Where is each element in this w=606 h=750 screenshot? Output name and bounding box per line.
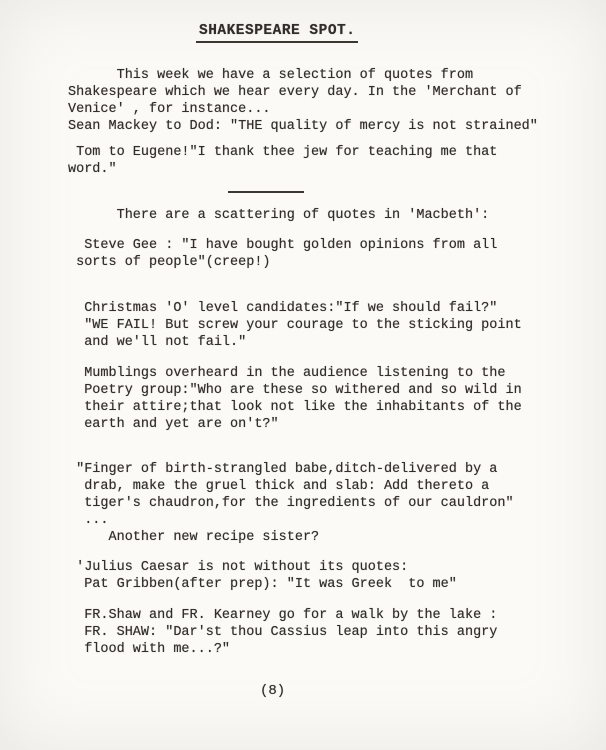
paragraph-fr-shaw-kearney: FR.Shaw and FR. Kearney go for a walk by… (68, 607, 586, 658)
text-line: Venice' , for instance... (68, 101, 586, 118)
paragraph-tom-to-eugene: Tom to Eugene!"I thank thee jew for teac… (68, 144, 586, 178)
paragraph-julius-caesar: 'Julius Caesar is not without its quotes… (68, 559, 586, 593)
text-line: Steve Gee : "I have bought golden opinio… (68, 237, 586, 254)
text-line: ... (68, 512, 586, 529)
text-line: Shakespeare which we hear every day. In … (68, 84, 586, 101)
paragraph-cauldron-recipe: "Finger of birth-strangled babe,ditch-de… (68, 461, 586, 546)
text-line: Tom to Eugene!"I thank thee jew for teac… (68, 144, 586, 161)
text-line: 'Julius Caesar is not without its quotes… (68, 559, 586, 576)
text-line: drab, make the gruel thick and slab: Add… (68, 478, 586, 495)
text-line: sorts of people"(creep!) (68, 254, 586, 271)
text-line: "WE FAIL! But screw your courage to the … (68, 317, 586, 334)
text-line: earth and yet are on't?" (68, 416, 586, 433)
text-line: their attire;that look not like the inha… (68, 399, 586, 416)
text-line: and we'll not fail." (68, 334, 586, 351)
text-line: Pat Gribben(after prep): "It was Greek t… (68, 576, 586, 593)
text-line: tiger's chaudron,for the ingredients of … (68, 495, 586, 512)
paragraph-mumblings-poetry-group: Mumblings overheard in the audience list… (68, 365, 586, 433)
paragraph-steve-gee: Steve Gee : "I have bought golden opinio… (68, 237, 586, 271)
text-line: Christmas 'O' level candidates:"If we sh… (68, 300, 586, 317)
page-number: (8) (260, 683, 586, 700)
text-line: FR.Shaw and FR. Kearney go for a walk by… (68, 607, 586, 624)
page-title: SHAKESPEARE SPOT. (196, 22, 358, 43)
text-line: "Finger of birth-strangled babe,ditch-de… (68, 461, 586, 478)
text-line: There are a scattering of quotes in 'Mac… (68, 207, 586, 224)
text-line: Poetry group:"Who are these so withered … (68, 382, 586, 399)
text-line: Sean Mackey to Dod: "THE quality of merc… (68, 118, 586, 135)
text-line: FR. SHAW: "Dar'st thou Cassius leap into… (68, 624, 586, 641)
text-line: Mumblings overheard in the audience list… (68, 365, 586, 382)
document-body: This week we have a selection of quotes … (68, 67, 586, 658)
text-line: flood with me...?" (68, 641, 586, 658)
text-line: This week we have a selection of quotes … (68, 67, 586, 84)
section-divider-rule (228, 191, 304, 193)
document-page: SHAKESPEARE SPOT. This week we have a se… (0, 0, 606, 750)
paragraph-christmas-candidates: Christmas 'O' level candidates:"If we sh… (68, 300, 586, 351)
text-line: word." (68, 161, 586, 178)
paragraph-intro-merchant-of-venice: This week we have a selection of quotes … (68, 67, 586, 135)
paragraph-macbeth-heading: There are a scattering of quotes in 'Mac… (68, 207, 586, 224)
text-line: Another new recipe sister? (68, 529, 586, 546)
